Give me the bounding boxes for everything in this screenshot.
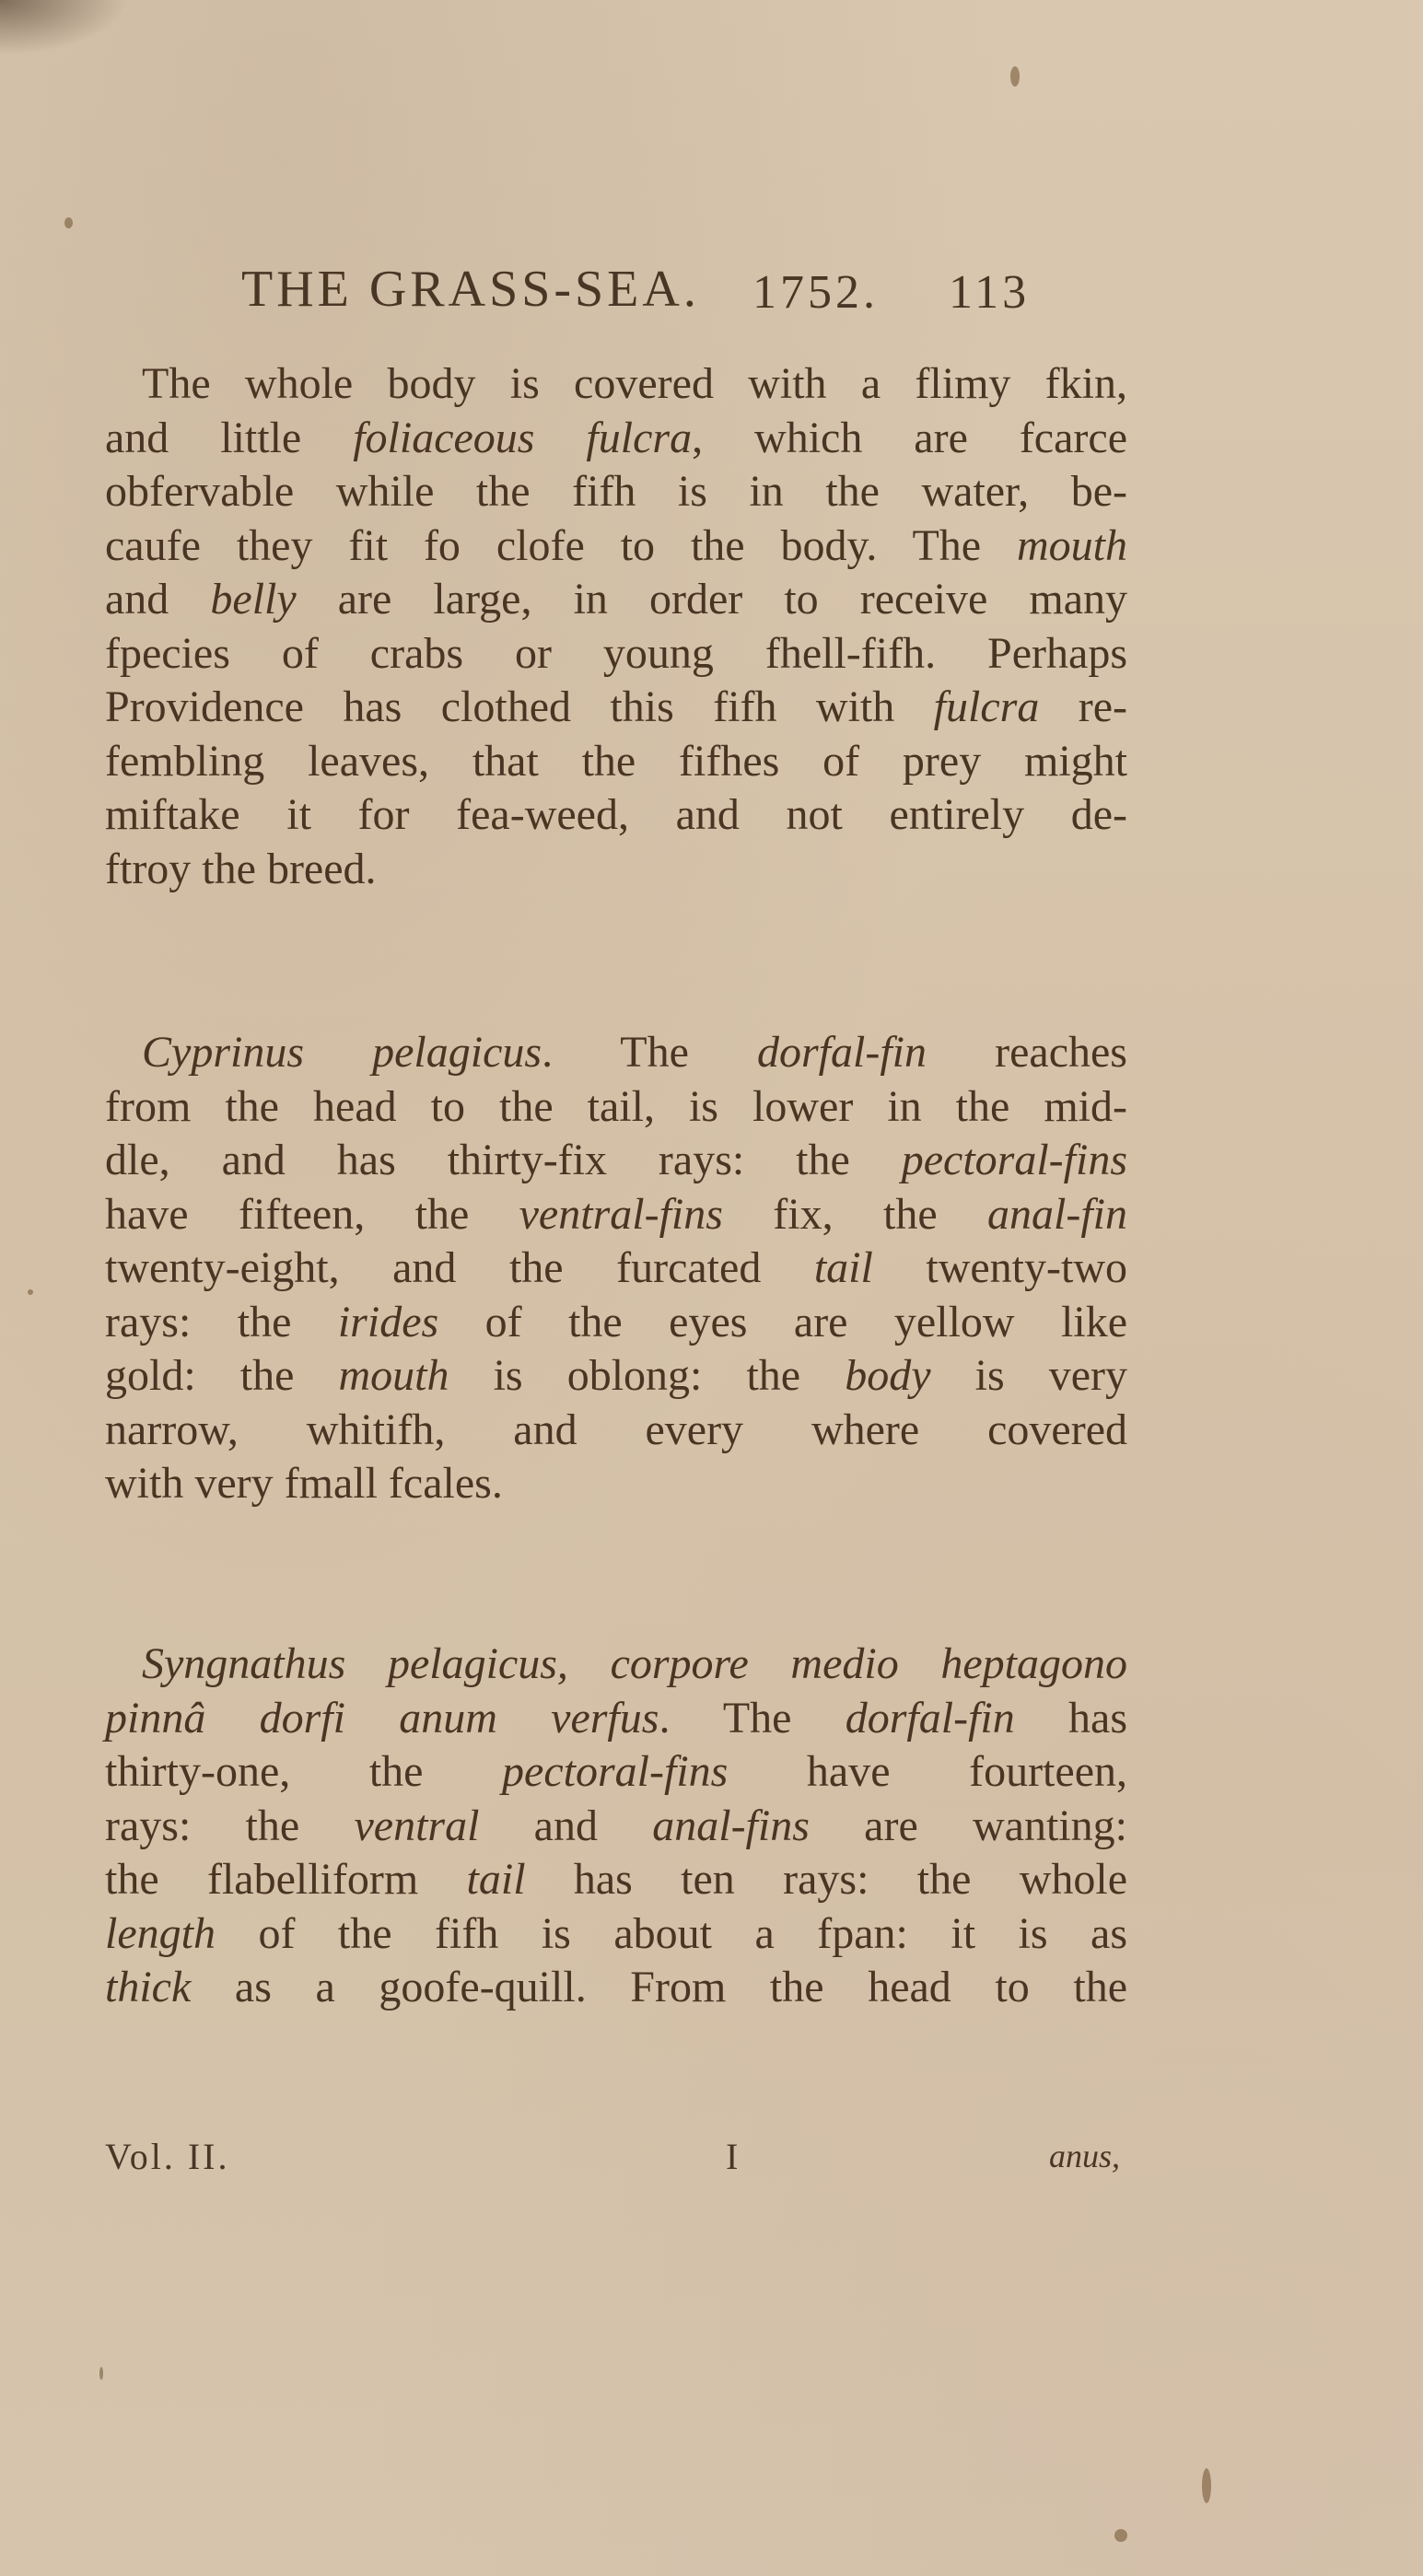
italic-text: pinnâ dorfi anum verfus — [105, 1694, 659, 1743]
text-line: thirty-one, the pectoral-fins have fourt… — [105, 1745, 1127, 1800]
italic-text: mouth — [339, 1351, 449, 1400]
text-line: rays: the ventral and anal-fins are want… — [105, 1800, 1127, 1854]
page-corner-shadow — [0, 0, 129, 55]
paragraph-syngnathus-pelagicus: Syngnathus pelagicus, corpore medio hept… — [105, 1638, 1127, 2015]
text-run: fix, the — [723, 1190, 987, 1239]
italic-text: anal-fins — [652, 1801, 810, 1850]
text-line: have fifteen, the ventral-fins fix, the … — [105, 1188, 1127, 1242]
italic-text: dorfal-fin — [846, 1694, 1015, 1743]
text-run: are wanting: — [810, 1801, 1127, 1850]
text-run: and — [479, 1801, 652, 1850]
running-head-title: THE GRASS-SEA. — [241, 260, 700, 319]
text-line: length of the fifh is about a fpan: it i… — [105, 1907, 1127, 1962]
page-footer: Vol. II. I anus, — [101, 2135, 1114, 2190]
book-page: THE GRASS-SEA. 1752. 113 The whole body … — [0, 0, 1423, 2576]
signature-mark: I — [726, 2135, 738, 2178]
text-run: fembling leaves, that the fifhes of prey… — [105, 737, 1127, 786]
text-run: , which are fcarce — [692, 414, 1127, 462]
text-run: as a goofe-quill. From the head to the — [191, 1963, 1127, 2011]
text-line: the flabelliform tail has ten rays: the … — [105, 1853, 1127, 1907]
text-line: and little foliaceous fulcra, which are … — [105, 412, 1127, 466]
text-line: fpecies of crabs or young fhell-fifh. Pe… — [105, 627, 1127, 682]
text-line: dle, and has thirty-fix rays: the pector… — [105, 1134, 1127, 1188]
text-run: has — [1015, 1694, 1127, 1743]
page-number: 113 — [949, 265, 1030, 320]
text-line: and belly are large, in order to receive… — [105, 573, 1127, 627]
text-line: thick as a goofe-quill. From the head to… — [105, 1961, 1127, 2015]
text-line: pinnâ dorfi anum verfus. The dorfal-fin … — [105, 1692, 1127, 1746]
text-run: reaches — [927, 1028, 1127, 1077]
text-line: gold: the mouth is oblong: the body is v… — [105, 1349, 1127, 1404]
paragraph-grass-sea-fish: The whole body is covered with a flimy f… — [105, 357, 1127, 896]
text-run: and little — [105, 414, 353, 462]
italic-text: ventral — [354, 1801, 479, 1850]
text-run: is very — [931, 1351, 1128, 1400]
text-line: with very fmall fcales. — [105, 1457, 1127, 1511]
text-run: and — [105, 575, 210, 624]
text-run: re- — [1039, 682, 1127, 731]
text-line: ftroy the breed. — [105, 843, 1127, 897]
text-run: have fifteen, the — [105, 1190, 519, 1239]
text-run: . The — [659, 1694, 845, 1743]
italic-text: length — [105, 1909, 216, 1958]
italic-text: pectoral-fins — [902, 1136, 1127, 1184]
text-run: with very fmall fcales. — [105, 1459, 503, 1508]
paper-speck — [28, 1289, 33, 1295]
text-run: thirty-one, the — [105, 1747, 502, 1796]
italic-text: tail — [814, 1243, 873, 1292]
text-run: twenty-two — [873, 1243, 1127, 1292]
italic-text: fulcra — [934, 682, 1040, 731]
text-line: from the head to the tail, is lower in t… — [105, 1080, 1127, 1135]
italic-text: belly — [210, 575, 296, 624]
text-run: obfervable while the fifh is in the wate… — [105, 467, 1127, 516]
text-line: Providence has clothed this fifh with fu… — [105, 681, 1127, 735]
text-line: Syngnathus pelagicus, corpore medio hept… — [105, 1638, 1127, 1692]
text-run: Providence has clothed this fifh with — [105, 682, 934, 731]
italic-text: foliaceous fulcra — [353, 414, 692, 462]
text-run: miftake it for fea-weed, and not entirel… — [105, 790, 1127, 839]
italic-text: Syngnathus pelagicus, corpore medio hept… — [142, 1639, 1127, 1688]
text-line: fembling leaves, that the fifhes of prey… — [105, 735, 1127, 789]
volume-mark: Vol. II. — [105, 2135, 229, 2178]
text-run: rays: the — [105, 1801, 354, 1850]
text-run: is oblong: the — [449, 1351, 846, 1400]
text-run: ftroy the breed. — [105, 845, 377, 893]
italic-text: Cyprinus pelagicus — [142, 1028, 542, 1077]
text-line: twenty-eight, and the furcated tail twen… — [105, 1241, 1127, 1296]
text-run: are large, in order to receive many — [297, 575, 1127, 624]
text-line: The whole body is covered with a flimy f… — [105, 357, 1127, 412]
text-run: of the fifh is about a fpan: it is as — [216, 1909, 1127, 1958]
italic-text: tail — [467, 1855, 526, 1904]
italic-text: irides — [338, 1298, 438, 1346]
text-run: have fourteen, — [728, 1747, 1127, 1796]
text-run: twenty-eight, and the furcated — [105, 1243, 814, 1292]
paper-speck — [99, 2367, 103, 2380]
paper-speck — [64, 217, 73, 228]
paragraph-cyprinus-pelagicus: Cyprinus pelagicus. The dorfal-fin reach… — [105, 1026, 1127, 1511]
paper-speck — [1114, 2529, 1127, 2542]
running-head: THE GRASS-SEA. 1752. 113 — [241, 260, 1126, 324]
text-run: rays: the — [105, 1298, 338, 1346]
text-line: Cyprinus pelagicus. The dorfal-fin reach… — [105, 1026, 1127, 1080]
text-run: caufe they fit fo clofe to the body. The — [105, 521, 1017, 570]
text-run: The whole body is covered with a flimy f… — [142, 359, 1127, 408]
running-head-year: 1752. — [752, 265, 879, 320]
italic-text: anal-fin — [987, 1190, 1127, 1239]
text-run: from the head to the tail, is lower in t… — [105, 1082, 1127, 1131]
text-line: obfervable while the fifh is in the wate… — [105, 465, 1127, 519]
text-run: the flabelliform — [105, 1855, 467, 1904]
italic-text: mouth — [1017, 521, 1127, 570]
text-run: of the eyes are yellow like — [438, 1298, 1127, 1346]
text-run: dle, and has thirty-fix rays: the — [105, 1136, 902, 1184]
text-run: has ten rays: the whole — [526, 1855, 1127, 1904]
text-line: rays: the irides of the eyes are yellow … — [105, 1296, 1127, 1350]
italic-text: dorfal-fin — [757, 1028, 927, 1077]
text-run: fpecies of crabs or young fhell-fifh. Pe… — [105, 629, 1127, 678]
italic-text: body — [845, 1351, 930, 1400]
text-line: miftake it for fea-weed, and not entirel… — [105, 788, 1127, 843]
catchword: anus, — [1049, 2137, 1120, 2175]
text-line: narrow, whitifh, and every where covered — [105, 1404, 1127, 1458]
text-run: narrow, whitifh, and every where covered — [105, 1405, 1127, 1454]
paper-speck — [1010, 66, 1020, 87]
text-line: caufe they fit fo clofe to the body. The… — [105, 519, 1127, 574]
italic-text: ventral-fins — [519, 1190, 723, 1239]
italic-text: thick — [105, 1963, 191, 2011]
text-run: gold: the — [105, 1351, 339, 1400]
italic-text: pectoral-fins — [502, 1747, 728, 1796]
paper-speck — [1202, 2468, 1211, 2503]
text-run: . The — [542, 1028, 757, 1077]
